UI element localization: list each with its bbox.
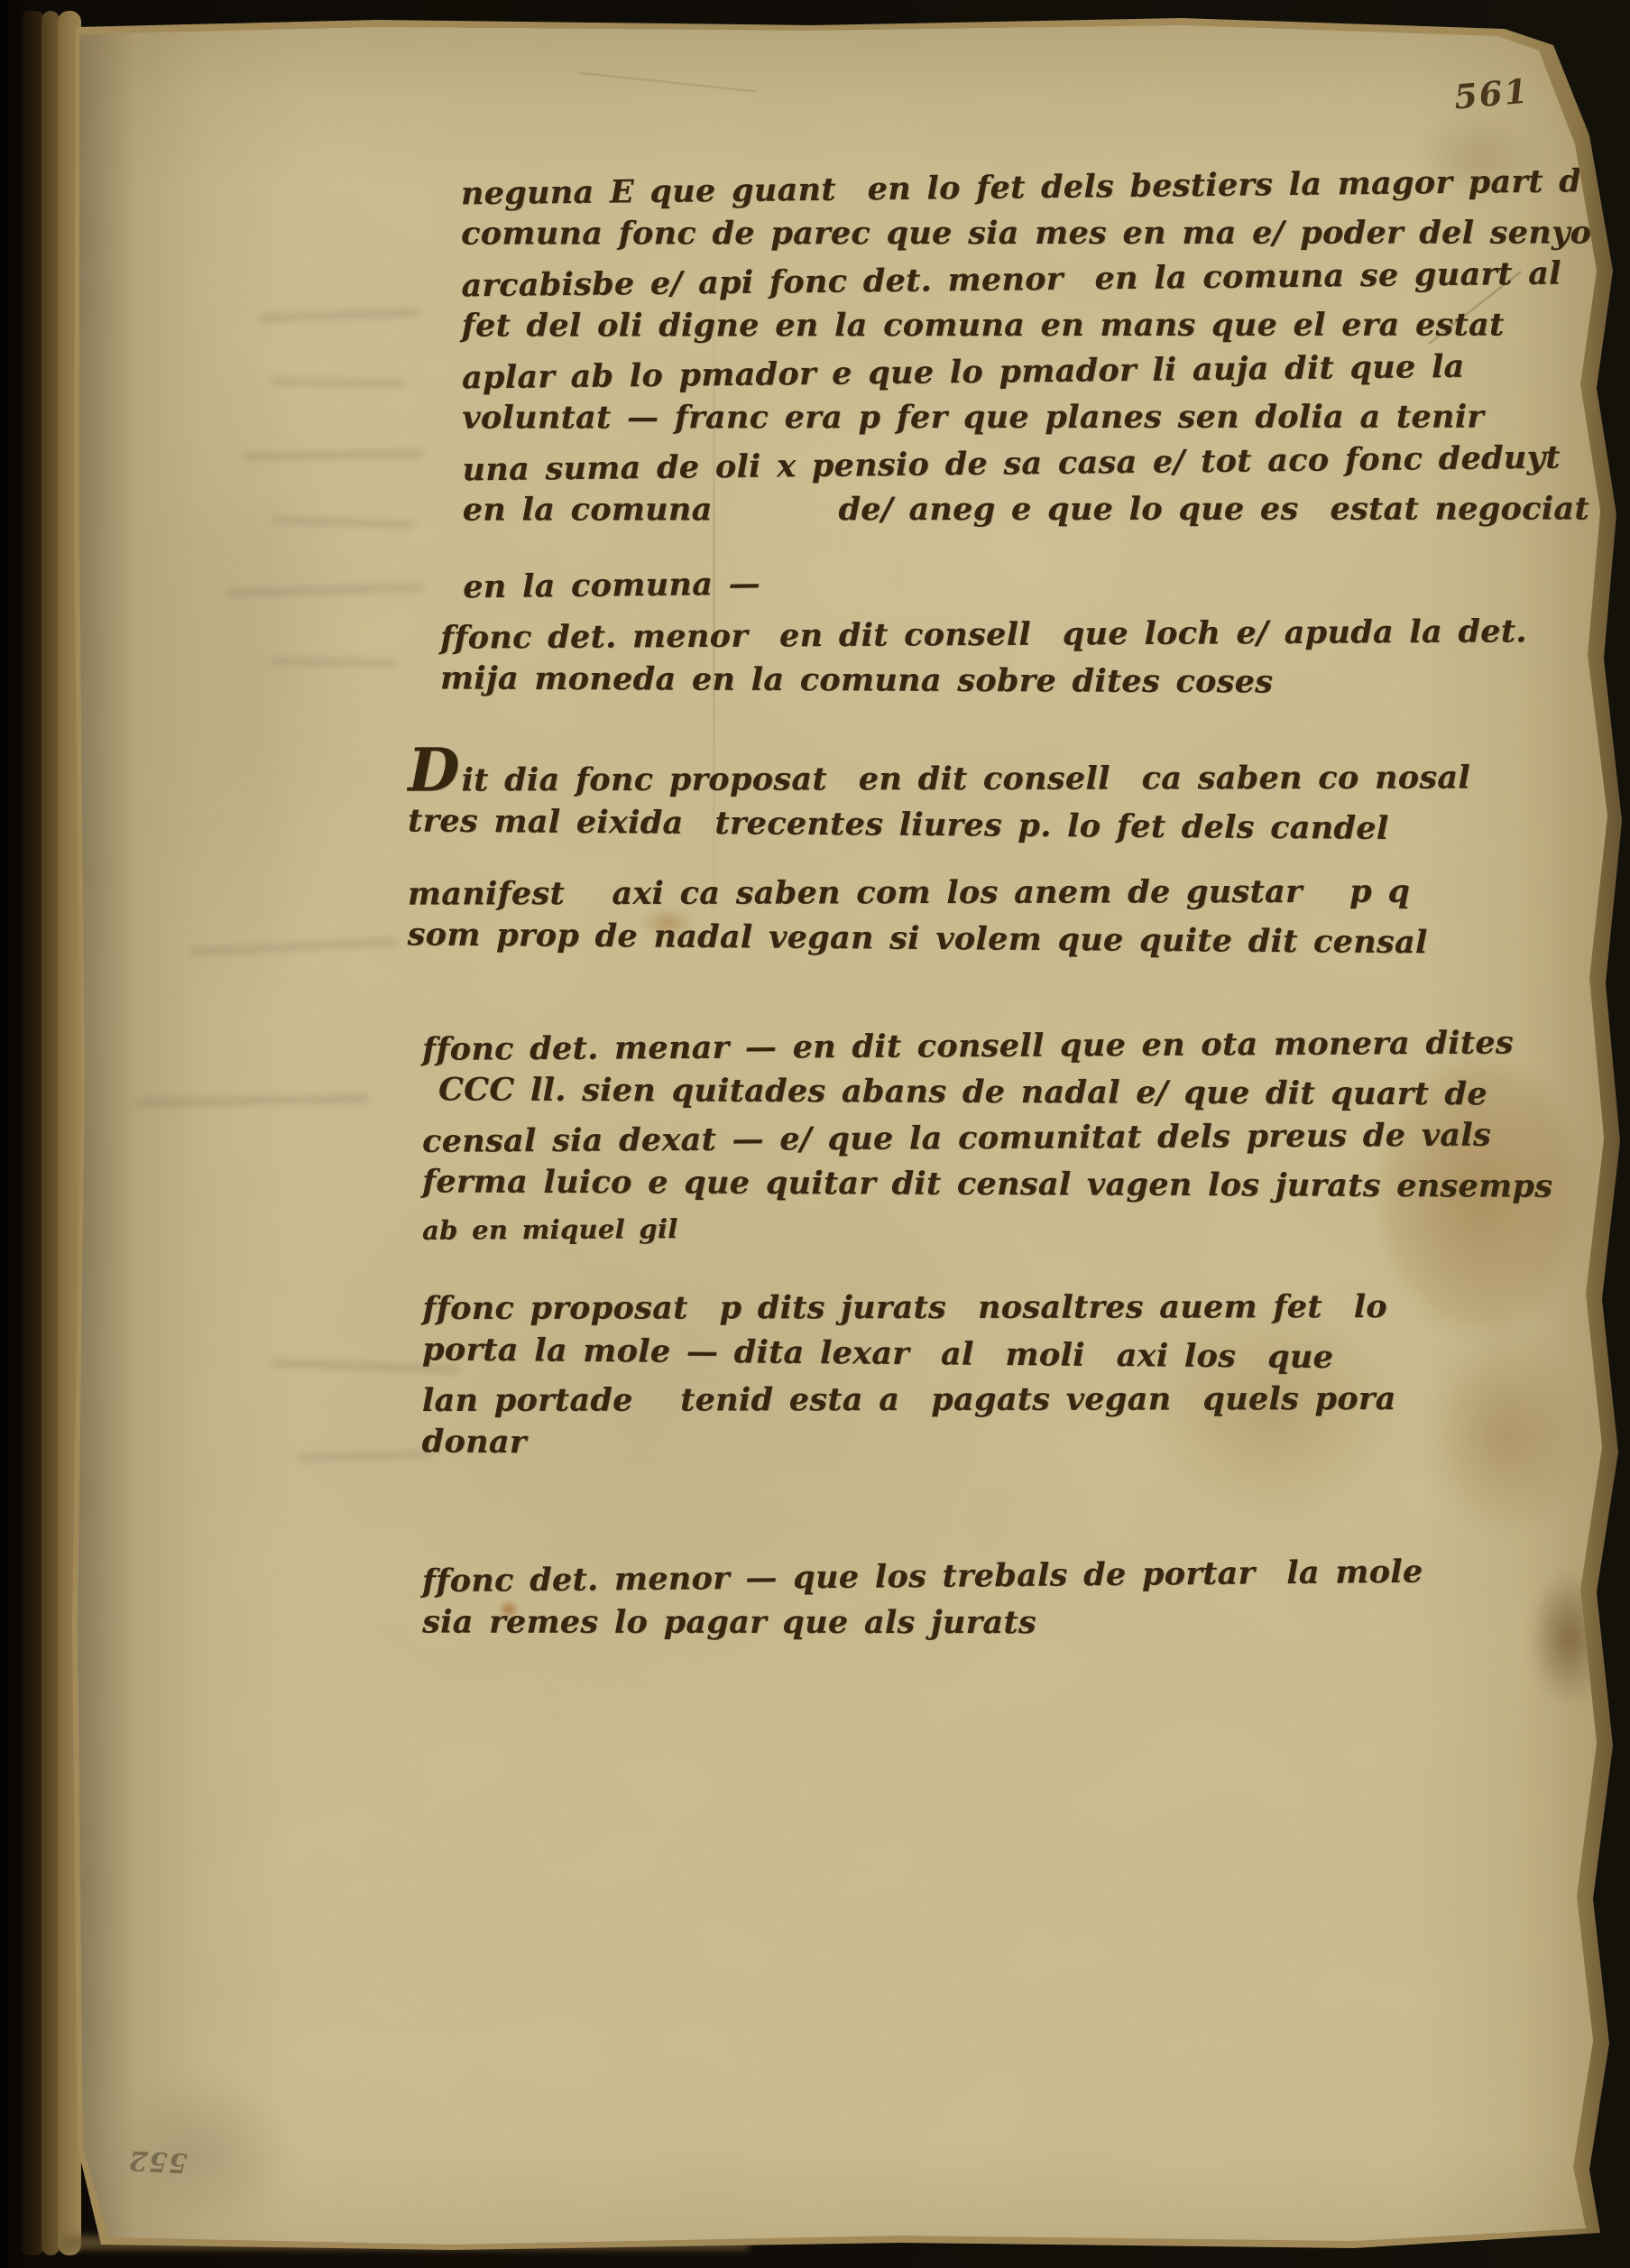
text-line: tres mal eixida trecentes liures p. lo f… (408, 797, 1470, 852)
text-line: ffonc det. menor en dit consell que loch… (440, 608, 1527, 660)
text-line: sia remes lo pagar que als jurats (422, 1600, 1423, 1646)
text-line: neguna E que guant en lo fet dels bestie… (461, 158, 1630, 217)
text-line: manifest axi ca saben com los anem de gu… (408, 868, 1470, 917)
text-line: en la comuna — (463, 551, 1630, 611)
show-through-text (271, 378, 406, 388)
text-line: ffonc det. menor — que los trebals de po… (422, 1549, 1423, 1605)
text-line: ffonc proposat p dits jurats nosaltres a… (422, 1284, 1396, 1332)
water-stain (1394, 1290, 1619, 1579)
text-line: censal sia dexat — e/ que la comunitat d… (422, 1111, 1552, 1165)
text-line: porta la mole — dita lexar al moli axi l… (422, 1326, 1396, 1380)
show-through-shadow (108, 262, 397, 1101)
folio-number-verso: 552 (127, 2144, 188, 2178)
text-line: som prop de nadal vegan si volem que qui… (408, 911, 1470, 965)
show-through-text (226, 583, 424, 598)
paragraph-4: ffonc det. menar — en dit consell que en… (422, 1023, 1552, 1247)
folio-number: 561 (1452, 70, 1531, 116)
text-line: aplar ab lo pmador e que lo pmador li au… (462, 342, 1630, 401)
text-line: voluntat — franc era p fer que planes se… (462, 393, 1630, 440)
text-line: fet del oli digne en la comuna en mans q… (462, 301, 1630, 348)
text-line: ffonc det. menar — en dit consell que en… (422, 1019, 1552, 1073)
text-line: arcabisbe e/ api fonc det. menor en la c… (461, 250, 1630, 309)
manuscript-scan: 561 552 neguna E que guant en lo fet del… (0, 0, 1630, 2268)
text-line: en la comuna de/ aneg e que lo que es es… (463, 485, 1630, 532)
text-line: Dit dia fonc proposat en dit consell ca … (408, 754, 1470, 803)
show-through-text (257, 309, 419, 322)
show-through-text (135, 1094, 370, 1108)
text-line: lan portade tenid esta a pagats vegan qu… (422, 1376, 1396, 1424)
show-through-text (271, 516, 415, 529)
corner-stain (76, 2048, 328, 2255)
text-line: ab en miquel gil (422, 1203, 1552, 1250)
under-page-edge (41, 11, 60, 2255)
text-line: una suma de oli x pensio de sa casa e/ t… (462, 434, 1630, 493)
manuscript-page: 561 552 neguna E que guant en lo fet del… (0, 0, 1630, 2268)
show-through-text (189, 937, 397, 956)
show-through-text (298, 1450, 433, 1461)
text-line: comuna fonc de parec que sia mes en ma e… (461, 209, 1630, 256)
paragraph-2: ffonc det. menor en dit consell que loch… (440, 612, 1527, 704)
show-through-text (244, 449, 424, 460)
text-line: CCC ll. sien quitades abans de nadal e/ … (438, 1066, 1552, 1117)
paragraph-1: neguna E que guant en lo fet dels bestie… (461, 161, 1630, 607)
paragraph-6: ffonc det. menor — que los trebals de po… (422, 1552, 1423, 1647)
paragraph-3: Dit dia fonc proposat en dit consell ca … (408, 754, 1470, 963)
scratch-mark (577, 72, 757, 93)
paragraph-5: ffonc proposat p dits jurats nosaltres a… (422, 1283, 1397, 1471)
show-through-text (271, 658, 397, 667)
text-line: mija moneda en la comuna sobre dites cos… (440, 655, 1527, 705)
book-binding-edge (22, 11, 43, 2255)
text-line: donar (421, 1418, 1395, 1472)
text-line: ferma luico e que quitar dit censal vage… (422, 1158, 1552, 1209)
